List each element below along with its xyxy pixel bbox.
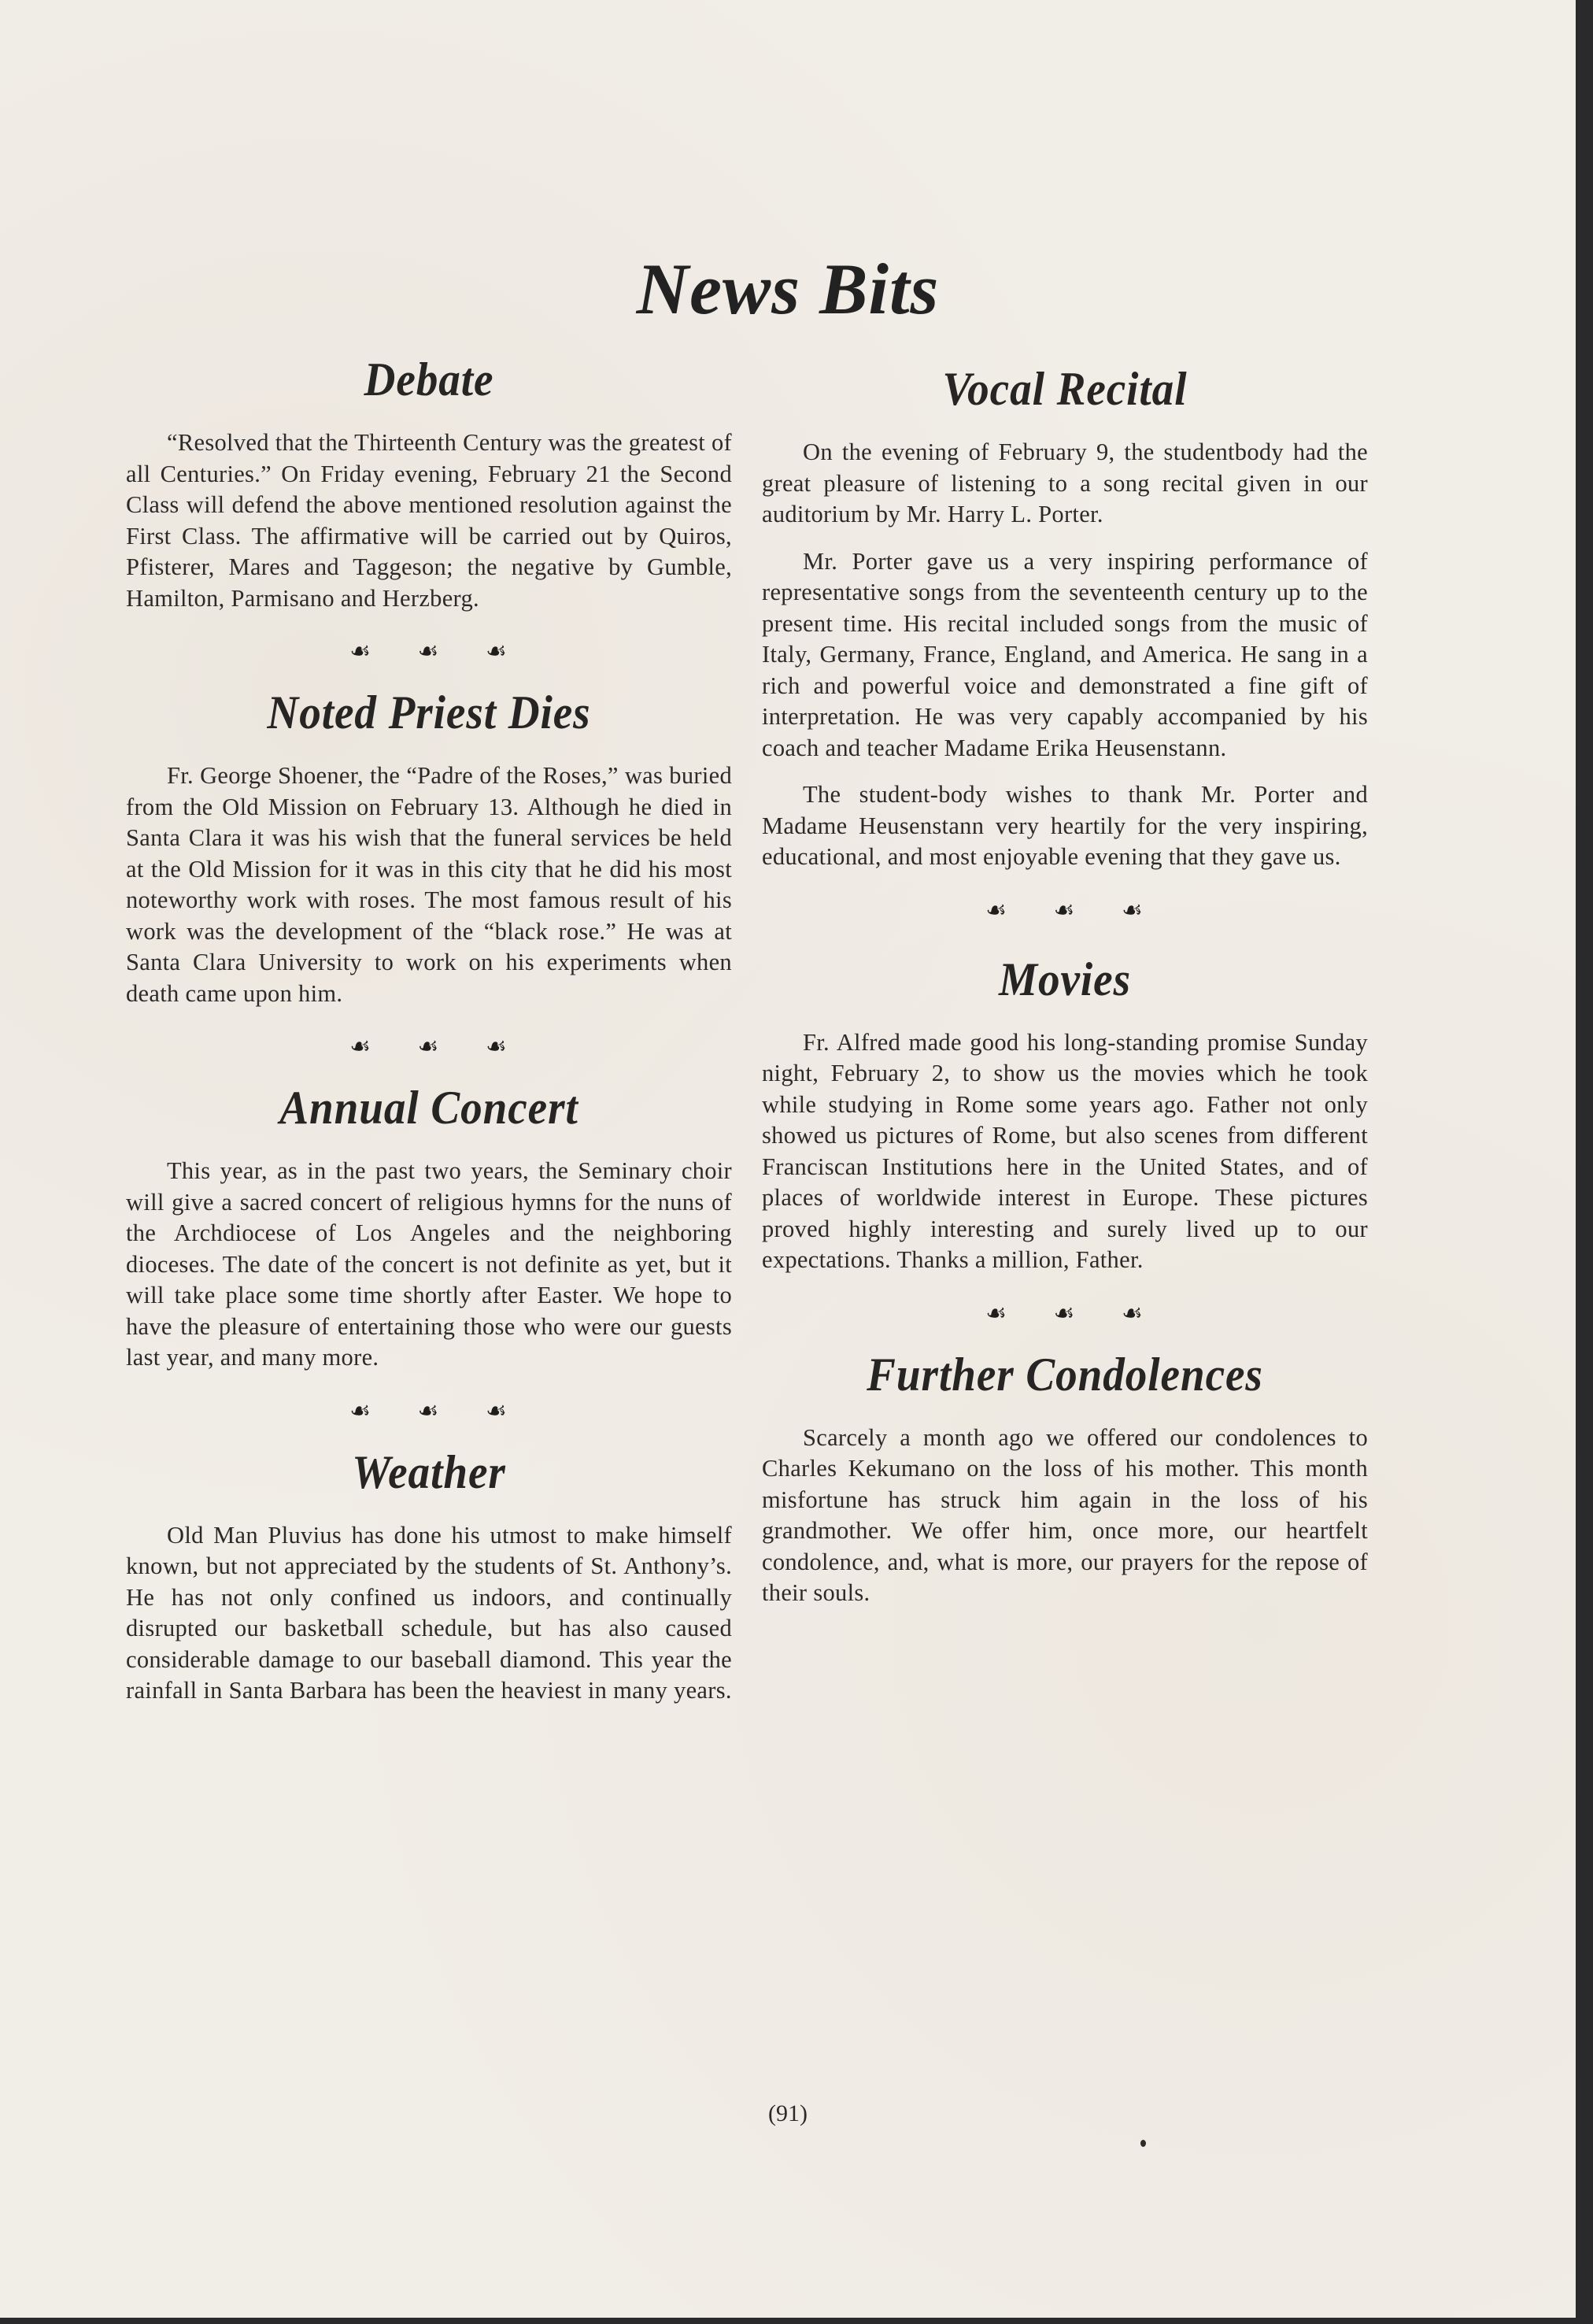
page-number: (91) xyxy=(0,2100,1576,2127)
clover-ornament-icon: ☙ ☙ ☙ xyxy=(145,1033,732,1060)
section-paragraph: Old Man Pluvius has done his utmost to m… xyxy=(126,1520,732,1707)
section-movies: Movies Fr. Alfred made good his long-sta… xyxy=(762,953,1368,1276)
section-vocal-recital: Vocal Recital On the evening of February… xyxy=(762,362,1368,873)
section-annual-concert: Annual Concert This year, as in the past… xyxy=(126,1081,732,1374)
clover-ornament-icon: ☙ ☙ ☙ xyxy=(145,638,732,665)
section-further-condolences: Further Condolences Scarcely a month ago… xyxy=(762,1348,1368,1609)
section-paragraph: Mr. Porter gave us a very inspiring perf… xyxy=(762,546,1368,764)
left-column: Debate “Resolved that the Thirteenth Cen… xyxy=(126,353,732,1723)
section-heading: Vocal Recital xyxy=(786,362,1344,416)
section-heading: Further Condolences xyxy=(786,1348,1344,1402)
section-heading: Weather xyxy=(150,1445,708,1500)
section-heading: Annual Concert xyxy=(150,1081,708,1135)
page-title: News Bits xyxy=(0,247,1576,331)
section-weather: Weather Old Man Pluvius has done his utm… xyxy=(126,1445,732,1707)
section-heading: Noted Priest Dies xyxy=(150,686,708,740)
page-sheet: News Bits Debate “Resolved that the Thir… xyxy=(0,0,1576,2318)
section-heading: Movies xyxy=(786,953,1344,1007)
clover-ornament-icon: ☙ ☙ ☙ xyxy=(781,1300,1368,1327)
section-noted-priest-dies: Noted Priest Dies Fr. George Shoener, th… xyxy=(126,686,732,1009)
clover-ornament-icon: ☙ ☙ ☙ xyxy=(781,897,1368,924)
section-paragraph: The student-body wishes to thank Mr. Por… xyxy=(762,779,1368,873)
section-paragraph: Fr. George Shoener, the “Padre of the Ro… xyxy=(126,760,732,1009)
section-paragraph: “Resolved that the Thirteenth Century wa… xyxy=(126,427,732,614)
section-paragraph: On the evening of February 9, the studen… xyxy=(762,437,1368,531)
section-paragraph: Scarcely a month ago we offered our cond… xyxy=(762,1423,1368,1609)
section-paragraph: This year, as in the past two years, the… xyxy=(126,1156,732,1374)
section-paragraph: Fr. Alfred made good his long-standing p… xyxy=(762,1027,1368,1276)
ink-speck xyxy=(1140,2140,1146,2147)
section-heading: Debate xyxy=(150,353,708,407)
section-debate: Debate “Resolved that the Thirteenth Cen… xyxy=(126,353,732,614)
clover-ornament-icon: ☙ ☙ ☙ xyxy=(145,1397,732,1425)
right-column: Vocal Recital On the evening of February… xyxy=(762,362,1368,1625)
